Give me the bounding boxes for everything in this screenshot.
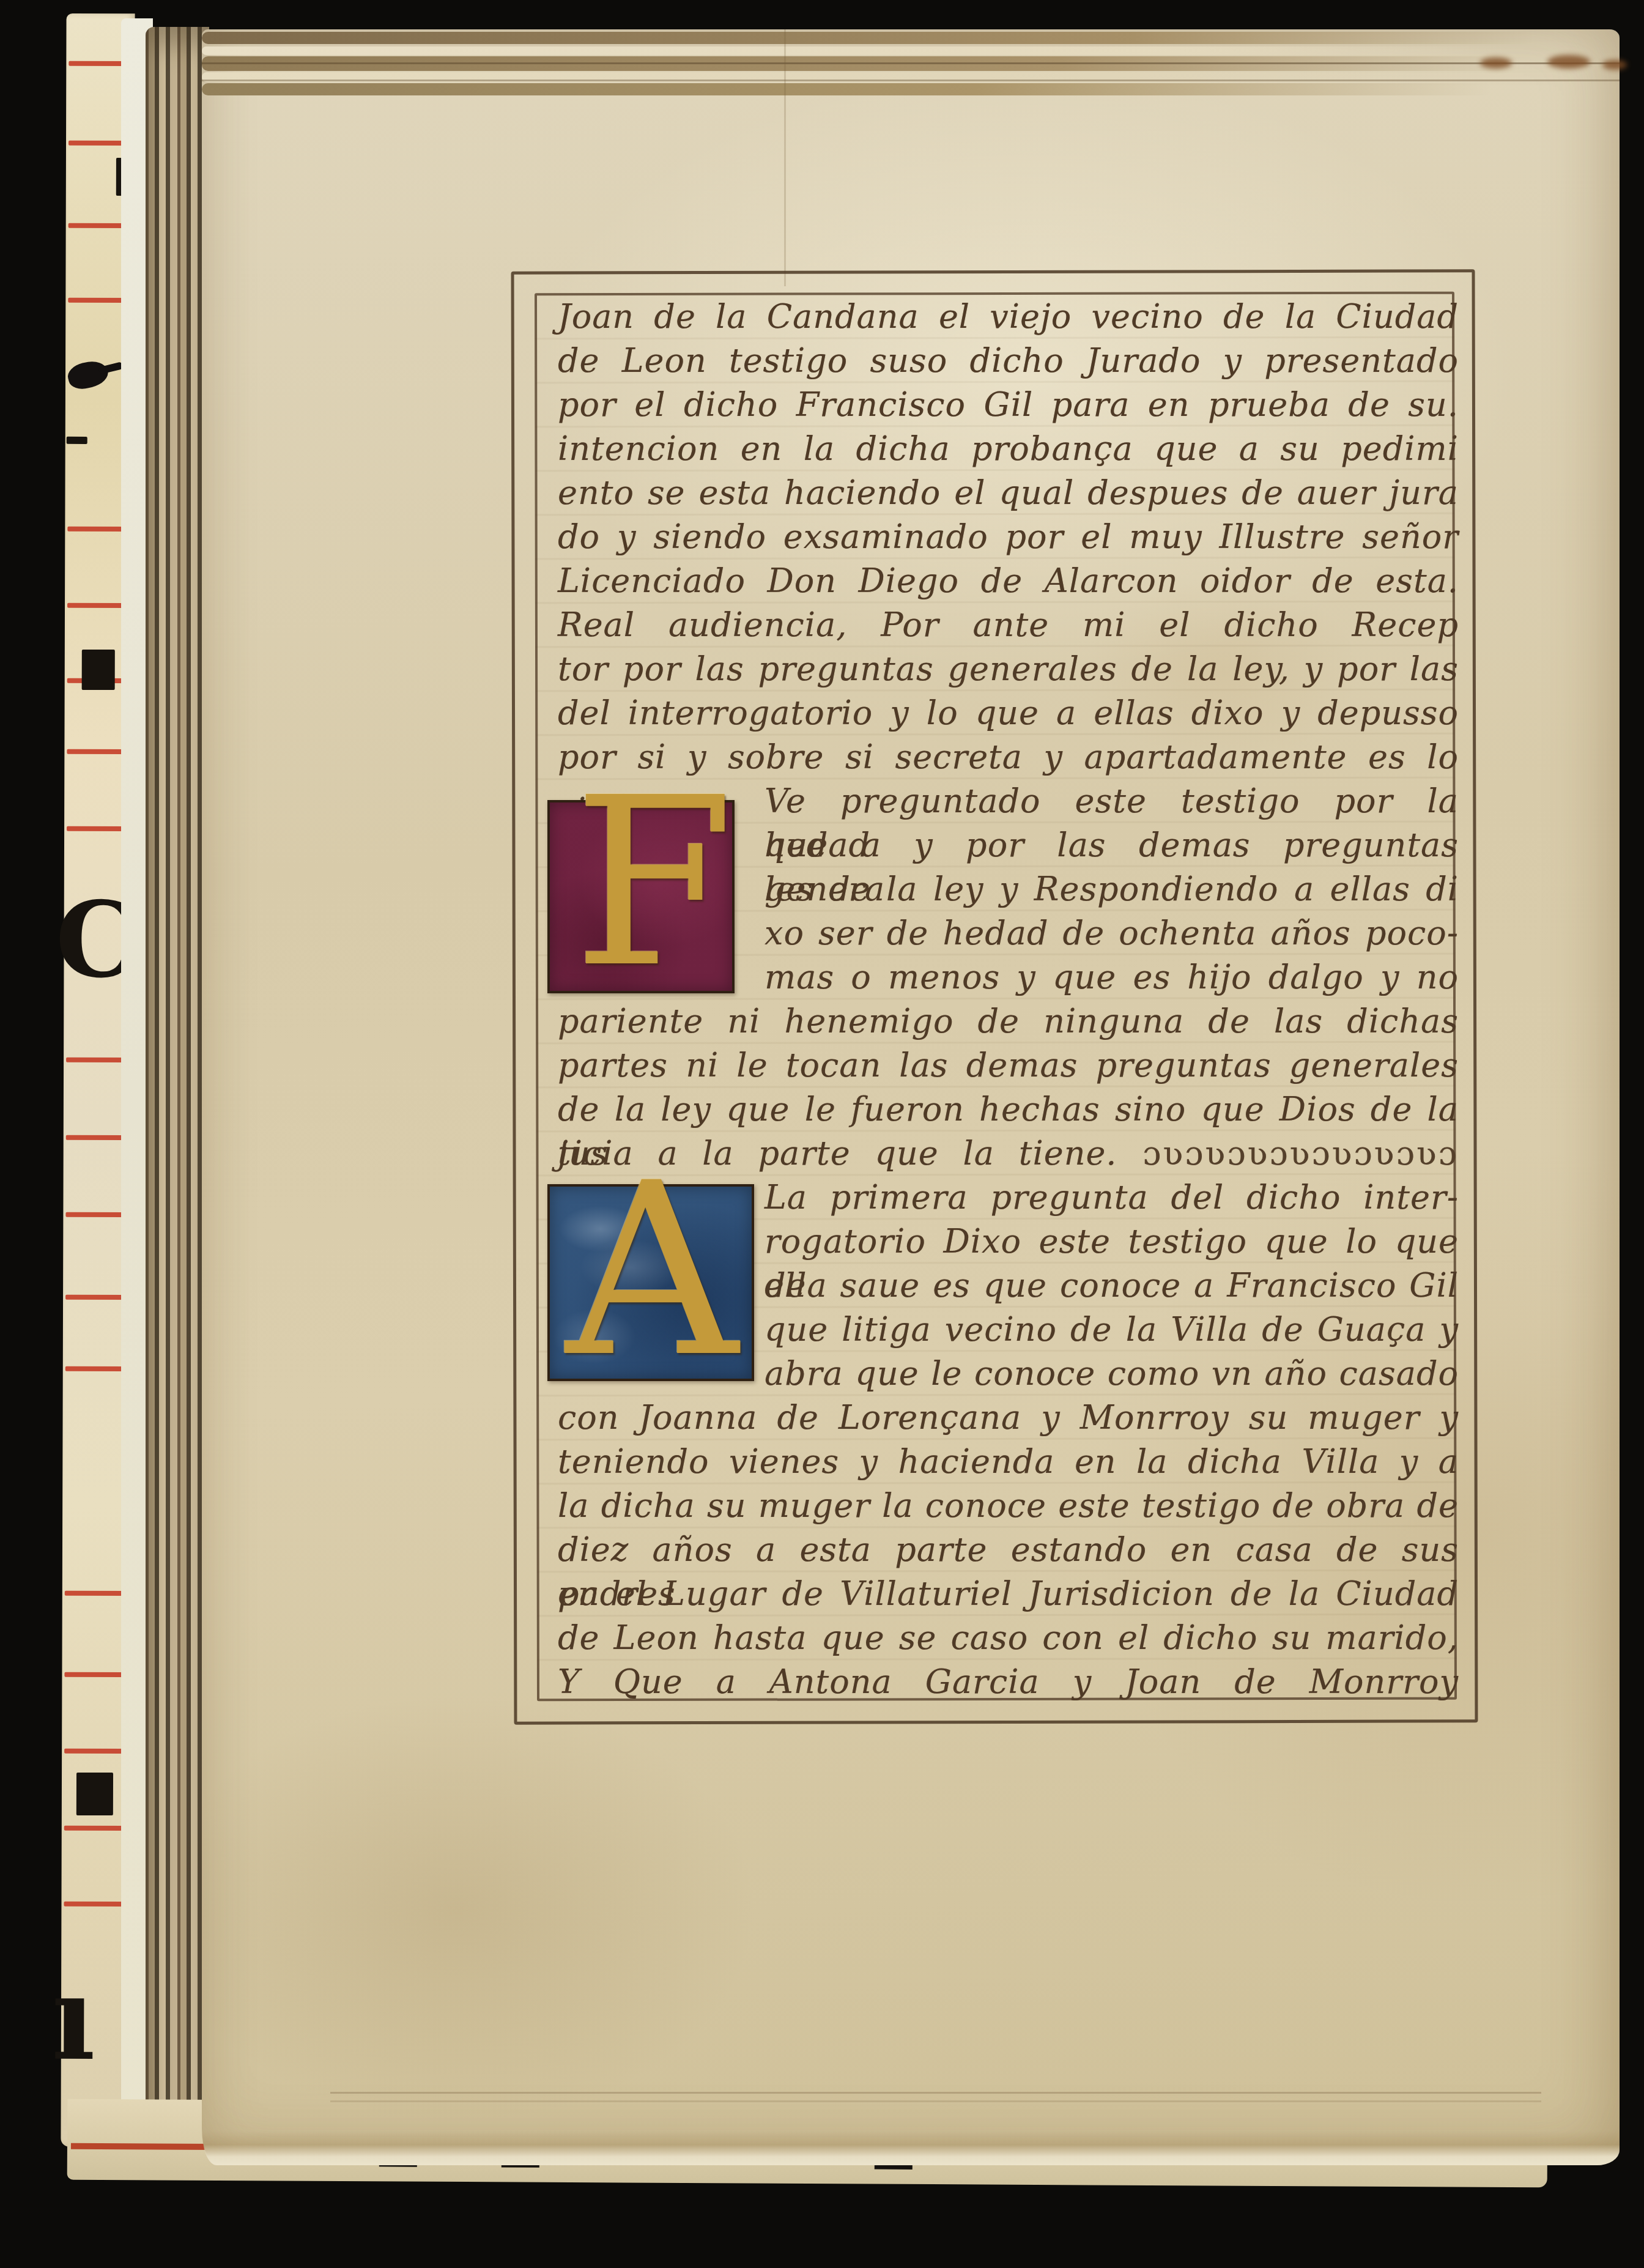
manuscript-photo: Cı Joan de la Candana el viejo vecino de… — [0, 0, 1644, 2268]
manuscript-line: la dicha su muger la conoce este testigo… — [558, 1484, 1459, 1528]
manuscript-line: Y Que a Antona Garcia y Joan de Monrroy — [558, 1660, 1459, 1704]
blind-score-line — [330, 2100, 1541, 2102]
manuscript-line: partes ni le tocan las demas preguntas g… — [558, 1043, 1459, 1088]
manuscript-line: del interrogatorio y lo que a ellas dixo… — [558, 691, 1459, 735]
initial-letter-f: F — [573, 767, 735, 999]
underlying-letter-fragment — [67, 437, 87, 444]
red-ruling-dash — [65, 1591, 125, 1596]
manuscript-line: Real audiencia, Por ante mi el dicho Rec… — [558, 603, 1459, 647]
manuscript-line: que a y por las demas preguntas genera — [765, 823, 1459, 867]
manuscript-line: Joan de la Candana el viejo vecino de la… — [558, 295, 1459, 339]
red-ruling-dash — [66, 1058, 126, 1062]
underlying-letter-fragment — [82, 650, 115, 690]
manuscript-line: ella saue es que conoce a Francisco Gil — [765, 1264, 1459, 1308]
illuminated-initial-f: F — [547, 800, 735, 993]
red-ruling-dash — [68, 141, 128, 146]
manuscript-line: que litiga vecino de la Villa de Guaça y — [765, 1308, 1459, 1352]
red-ruling-dash — [68, 223, 128, 228]
page-bottom-deckle — [202, 2131, 1620, 2165]
text-block: Joan de la Candana el viejo vecino de la… — [202, 29, 1620, 2165]
manuscript-line: por el dicho Francisco Gil para en prueb… — [558, 383, 1459, 427]
red-ruling-dash — [66, 1135, 126, 1140]
red-ruling-dash — [64, 1902, 124, 1907]
manuscript-line: rogatorio Dixo este testigo que lo que d… — [765, 1220, 1459, 1264]
manuscript-page: Joan de la Candana el viejo vecino de la… — [202, 29, 1620, 2165]
manuscript-line: Ve preguntado este testigo por la hedad — [765, 779, 1459, 823]
red-ruling-dash — [67, 527, 127, 532]
manuscript-line: teniendo vienes y hacienda en la dicha V… — [558, 1440, 1459, 1484]
manuscript-line: de la ley que le fueron hechas sino que … — [558, 1088, 1459, 1132]
manuscript-line: tor por las preguntas generales de la le… — [558, 647, 1459, 691]
manuscript-line: diez años a esta parte estando en casa d… — [558, 1528, 1459, 1572]
underlying-letter-fragment — [76, 1773, 113, 1815]
manuscript-line: de Leon hasta que se caso con el dicho s… — [558, 1616, 1459, 1660]
manuscript-line: xo ser de hedad de ochenta años poco- — [765, 911, 1459, 955]
red-ruling-dash — [65, 1295, 125, 1300]
red-ruling-dash — [64, 1749, 124, 1754]
underlying-letter-fragment: ı — [51, 1960, 96, 2077]
manuscript-line: en el Lugar de Villaturiel Jurisdicion d… — [558, 1572, 1459, 1616]
red-ruling-dash — [64, 1672, 124, 1677]
manuscript-line: Licenciado Don Diego de Alarcon oidor de… — [558, 559, 1459, 603]
illuminated-initial-a: A — [547, 1184, 754, 1381]
manuscript-line: La primera pregunta del dicho inter- — [765, 1176, 1459, 1220]
manuscript-line: ento se esta haciendo el qual despues de… — [558, 471, 1459, 515]
red-ruling-dash — [64, 1826, 124, 1831]
blind-score-line — [330, 2092, 1541, 2094]
gathering-folds — [146, 27, 209, 2153]
red-ruling-dash — [68, 298, 128, 303]
initial-letter-a: A — [566, 1151, 738, 1390]
underlying-letter-fragment — [65, 358, 111, 393]
red-ruling-dash — [67, 826, 127, 831]
red-ruling-dash — [65, 1212, 125, 1217]
manuscript-line: les de la ley y Respondiendo a ellas di — [765, 867, 1459, 911]
red-ruling-dash — [68, 61, 128, 66]
red-ruling-dash — [67, 749, 127, 754]
red-ruling-dash — [67, 603, 127, 608]
red-ruling-dash — [65, 1366, 125, 1371]
manuscript-line: de Leon testigo suso dicho Jurado y pres… — [558, 339, 1459, 383]
manuscript-line: abra que le conoce como vn año casado — [765, 1352, 1459, 1396]
manuscript-line: intencion en la dicha probança que a su … — [558, 427, 1459, 471]
manuscript-line: mas o menos y que es hijo dalgo y no — [765, 955, 1459, 999]
manuscript-line: do y siendo exsaminado por el muy Illust… — [558, 515, 1459, 559]
